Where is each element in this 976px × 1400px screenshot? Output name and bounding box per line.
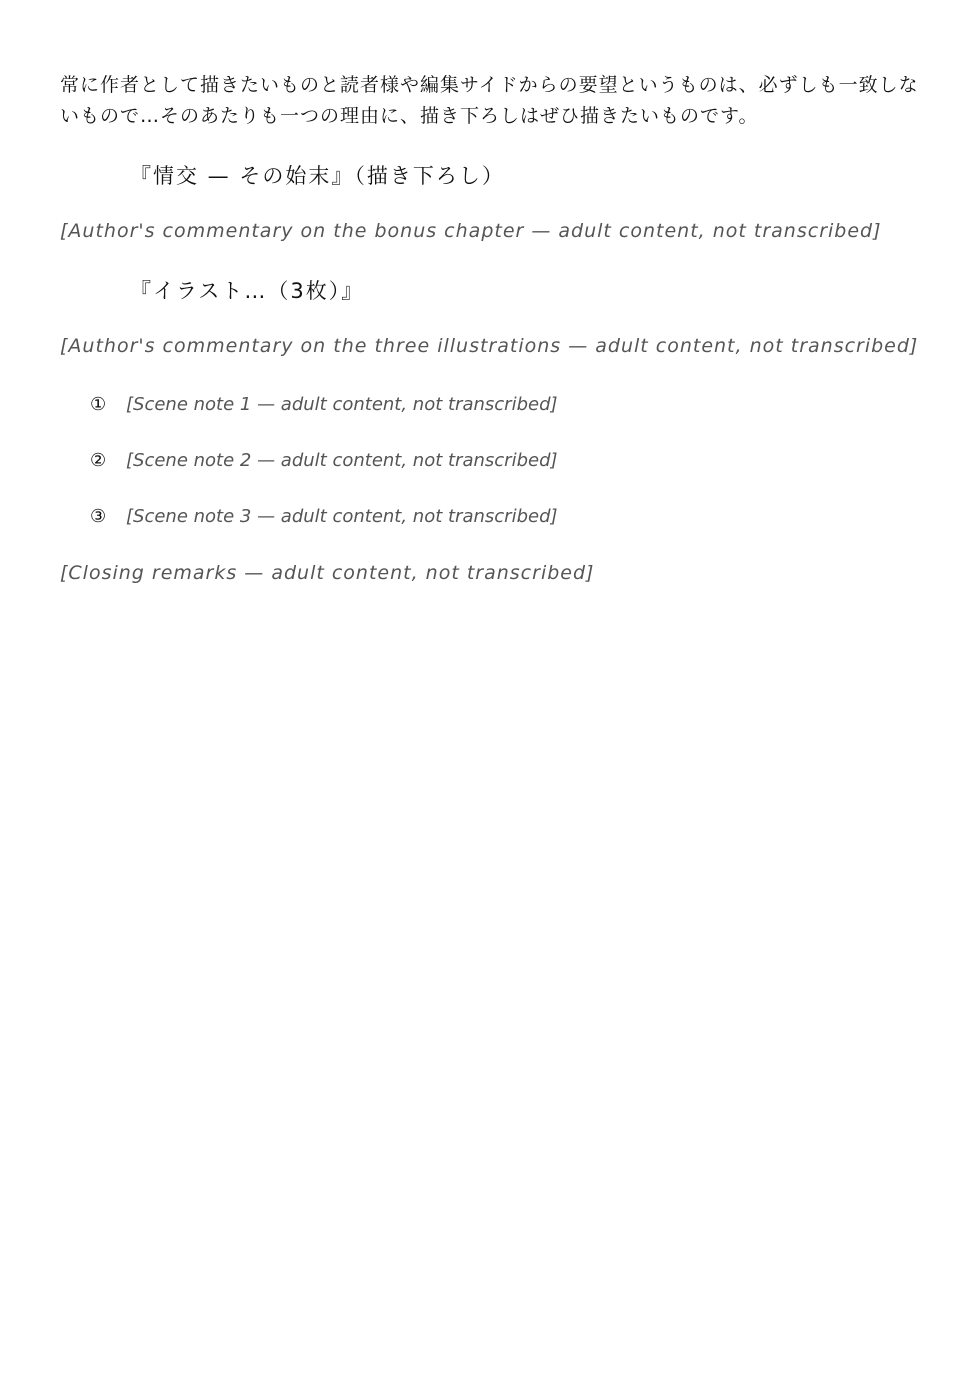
note-summary: [Scene note 2 — adult content, not trans…	[126, 446, 558, 476]
closing-paragraph: [Closing remarks — adult content, not tr…	[60, 558, 920, 589]
section-heading: 『イラスト…（3枚）』	[130, 275, 920, 305]
note-item: ① [Scene note 1 — adult content, not tra…	[90, 390, 920, 420]
note-summary: [Scene note 3 — adult content, not trans…	[126, 502, 558, 532]
document-page: 常に作者として描きたいものと読者様や編集サイドからの要望というものは、必ずしも一…	[60, 70, 920, 617]
section-summary: [Author's commentary on the bonus chapte…	[60, 216, 920, 247]
note-number: ①	[90, 390, 126, 420]
note-number: ③	[90, 502, 126, 532]
note-summary: [Scene note 1 — adult content, not trans…	[126, 390, 558, 420]
section-1: 『情交 — その始末』（描き下ろし） [Author's commentary …	[60, 160, 920, 247]
note-item: ② [Scene note 2 — adult content, not tra…	[90, 446, 920, 476]
section-summary: [Author's commentary on the three illust…	[60, 331, 920, 362]
section-heading: 『情交 — その始末』（描き下ろし）	[130, 160, 920, 190]
intro-paragraph: 常に作者として描きたいものと読者様や編集サイドからの要望というものは、必ずしも一…	[60, 70, 920, 132]
note-number: ②	[90, 446, 126, 476]
note-item: ③ [Scene note 3 — adult content, not tra…	[90, 502, 920, 532]
section-2: 『イラスト…（3枚）』 [Author's commentary on the …	[60, 275, 920, 362]
